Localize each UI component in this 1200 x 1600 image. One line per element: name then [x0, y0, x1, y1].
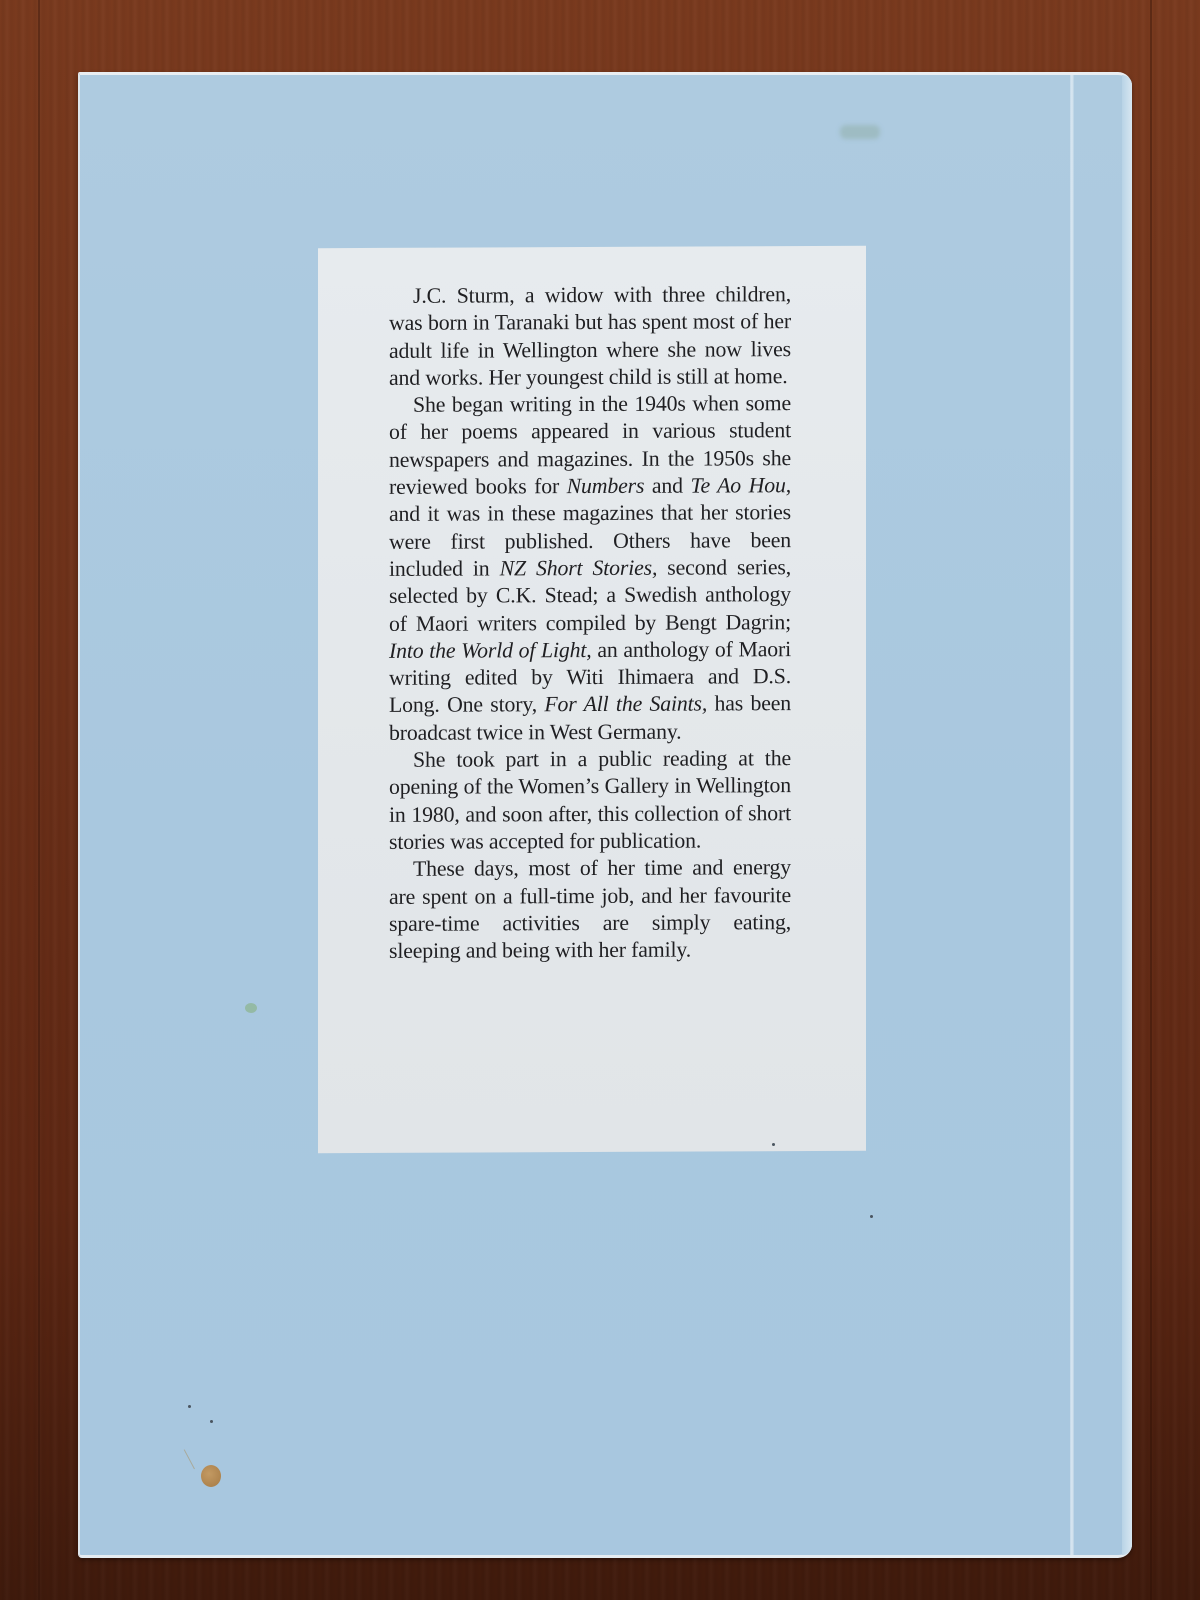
cover-scuff-mark: [840, 125, 880, 139]
bio-text-segment: She took part in a public reading at the…: [389, 746, 791, 854]
bio-paragraph: She took part in a public reading at the…: [389, 745, 791, 856]
bio-paragraph: These days, most of her time and energy …: [389, 854, 791, 965]
author-biography-text: J.C. Sturm, a widow with three children,…: [389, 281, 791, 965]
spine-crease: [1070, 75, 1074, 1555]
italic-title: Into the World of Light,: [389, 638, 592, 663]
italic-title: Te Ao Hou,: [690, 473, 791, 497]
author-bio-panel: J.C. Sturm, a widow with three children,…: [318, 246, 866, 1153]
cover-speck: [870, 1215, 873, 1218]
stain-trail: [184, 1443, 208, 1469]
table-wood-seam: [38, 0, 40, 1600]
book-back-cover: J.C. Sturm, a widow with three children,…: [78, 72, 1132, 1558]
bio-text-segment: and: [644, 474, 690, 498]
bio-text-segment: These days, most of her time and energy …: [389, 855, 791, 963]
italic-title: Numbers: [567, 474, 645, 498]
bio-paragraph: J.C. Sturm, a widow with three children,…: [389, 281, 791, 392]
cover-green-spot: [245, 1003, 257, 1013]
brown-stain-spot: [201, 1465, 221, 1487]
italic-title: For All the Saints,: [544, 692, 707, 717]
cover-speck: [772, 1143, 775, 1146]
bio-text-segment: J.C. Sturm, a widow with three children,…: [389, 282, 791, 390]
table-wood-seam: [1150, 0, 1152, 1600]
bio-paragraph: She began writing in the 1940s when some…: [389, 390, 791, 747]
italic-title: NZ Short Stories,: [500, 556, 658, 581]
cover-speck: [210, 1420, 213, 1423]
cover-speck: [188, 1405, 191, 1408]
spine-edge: [1122, 75, 1132, 1555]
